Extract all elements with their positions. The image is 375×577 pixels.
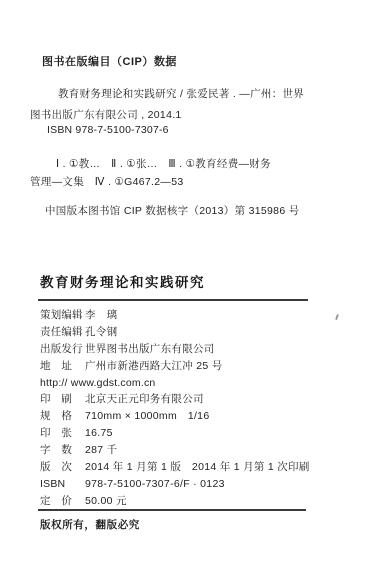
row-value: 978-7-5100-7307-6/F · 0123 xyxy=(85,476,225,493)
colophon-row-format: 规 格 710mm × 1000mm 1/16 xyxy=(40,408,350,425)
title-divider xyxy=(38,299,308,301)
cip-isbn: ISBN 978-7-5100-7307-6 xyxy=(47,124,169,136)
row-label: 地 址 xyxy=(40,358,85,375)
colophon-row-price: 定 价 50.00 元 xyxy=(40,493,350,510)
cip-record-number: 中国版本图书馆 CIP 数据核字（2013）第 315986 号 xyxy=(45,203,299,218)
row-value: 710mm × 1000mm 1/16 xyxy=(85,408,209,425)
row-value: 16.75 xyxy=(85,425,113,442)
row-value: 北京天正元印务有限公司 xyxy=(85,391,204,408)
row-label: 版 次 xyxy=(40,459,85,476)
row-value: 50.00 元 xyxy=(85,493,127,510)
cip-header: 图书在版编目（CIP）数据 xyxy=(42,53,177,69)
colophon-row-isbn: ISBN 978-7-5100-7307-6/F · 0123 xyxy=(40,476,350,493)
colophon-row-publisher: 出版发行 世界图书出版广东有限公司 xyxy=(40,341,350,358)
cip-description-line2: 图书出版广东有限公司 , 2014.1 xyxy=(30,107,182,122)
row-value: 广州市新港西路大江冲 25 号 xyxy=(85,358,223,375)
row-value: 287 千 xyxy=(85,442,117,459)
footer-divider xyxy=(38,509,306,511)
row-label: 规 格 xyxy=(40,408,85,425)
row-label: 出版发行 xyxy=(40,341,85,358)
colophon-row-responsible-editor: 责任编辑 孔令钢 xyxy=(40,324,350,341)
colophon: 策划编辑 李 璃 责任编辑 孔令钢 出版发行 世界图书出版广东有限公司 地 址 … xyxy=(40,307,350,510)
row-label: ISBN xyxy=(40,476,85,493)
row-label: 印 张 xyxy=(40,425,85,442)
cip-description-line1: 教育财务理论和实践研究 / 张爱民著 . —广州：世界 xyxy=(58,86,304,101)
copyright-notice: 版权所有，翻版必究 xyxy=(40,517,140,532)
cip-classification-line2: 管理—文集 Ⅳ . ①G467.2—53 xyxy=(30,174,183,189)
colophon-row-word-count: 字 数 287 千 xyxy=(40,442,350,459)
book-title: 教育财务理论和实践研究 xyxy=(40,271,205,291)
row-label: 责任编辑 xyxy=(40,324,85,341)
cip-classification-line1: Ⅰ . ①教… Ⅱ . ①张… Ⅲ . ①教育经费—财务 xyxy=(56,156,271,171)
row-label: 字 数 xyxy=(40,442,85,459)
publisher-website: http:// www.gdst.com.cn xyxy=(40,375,350,392)
row-label: 策划编辑 xyxy=(40,307,85,324)
book-copyright-page: 图书在版编目（CIP）数据 教育财务理论和实践研究 / 张爱民著 . —广州：世… xyxy=(0,0,375,577)
row-label: 定 价 xyxy=(40,493,85,510)
colophon-row-address: 地 址 广州市新港西路大江冲 25 号 xyxy=(40,358,350,375)
colophon-row-edition: 版 次 2014 年 1 月第 1 版 2014 年 1 月第 1 次印刷 xyxy=(40,459,350,476)
row-value: 李 璃 xyxy=(85,307,117,324)
row-value: 2014 年 1 月第 1 版 2014 年 1 月第 1 次印刷 xyxy=(85,459,310,476)
colophon-row-printer: 印 刷 北京天正元印务有限公司 xyxy=(40,391,350,408)
colophon-row-sheets: 印 张 16.75 xyxy=(40,425,350,442)
row-value: 世界图书出版广东有限公司 xyxy=(85,341,215,358)
colophon-row-planning-editor: 策划编辑 李 璃 xyxy=(40,307,350,324)
row-value: 孔令钢 xyxy=(85,324,117,341)
row-label: 印 刷 xyxy=(40,391,85,408)
